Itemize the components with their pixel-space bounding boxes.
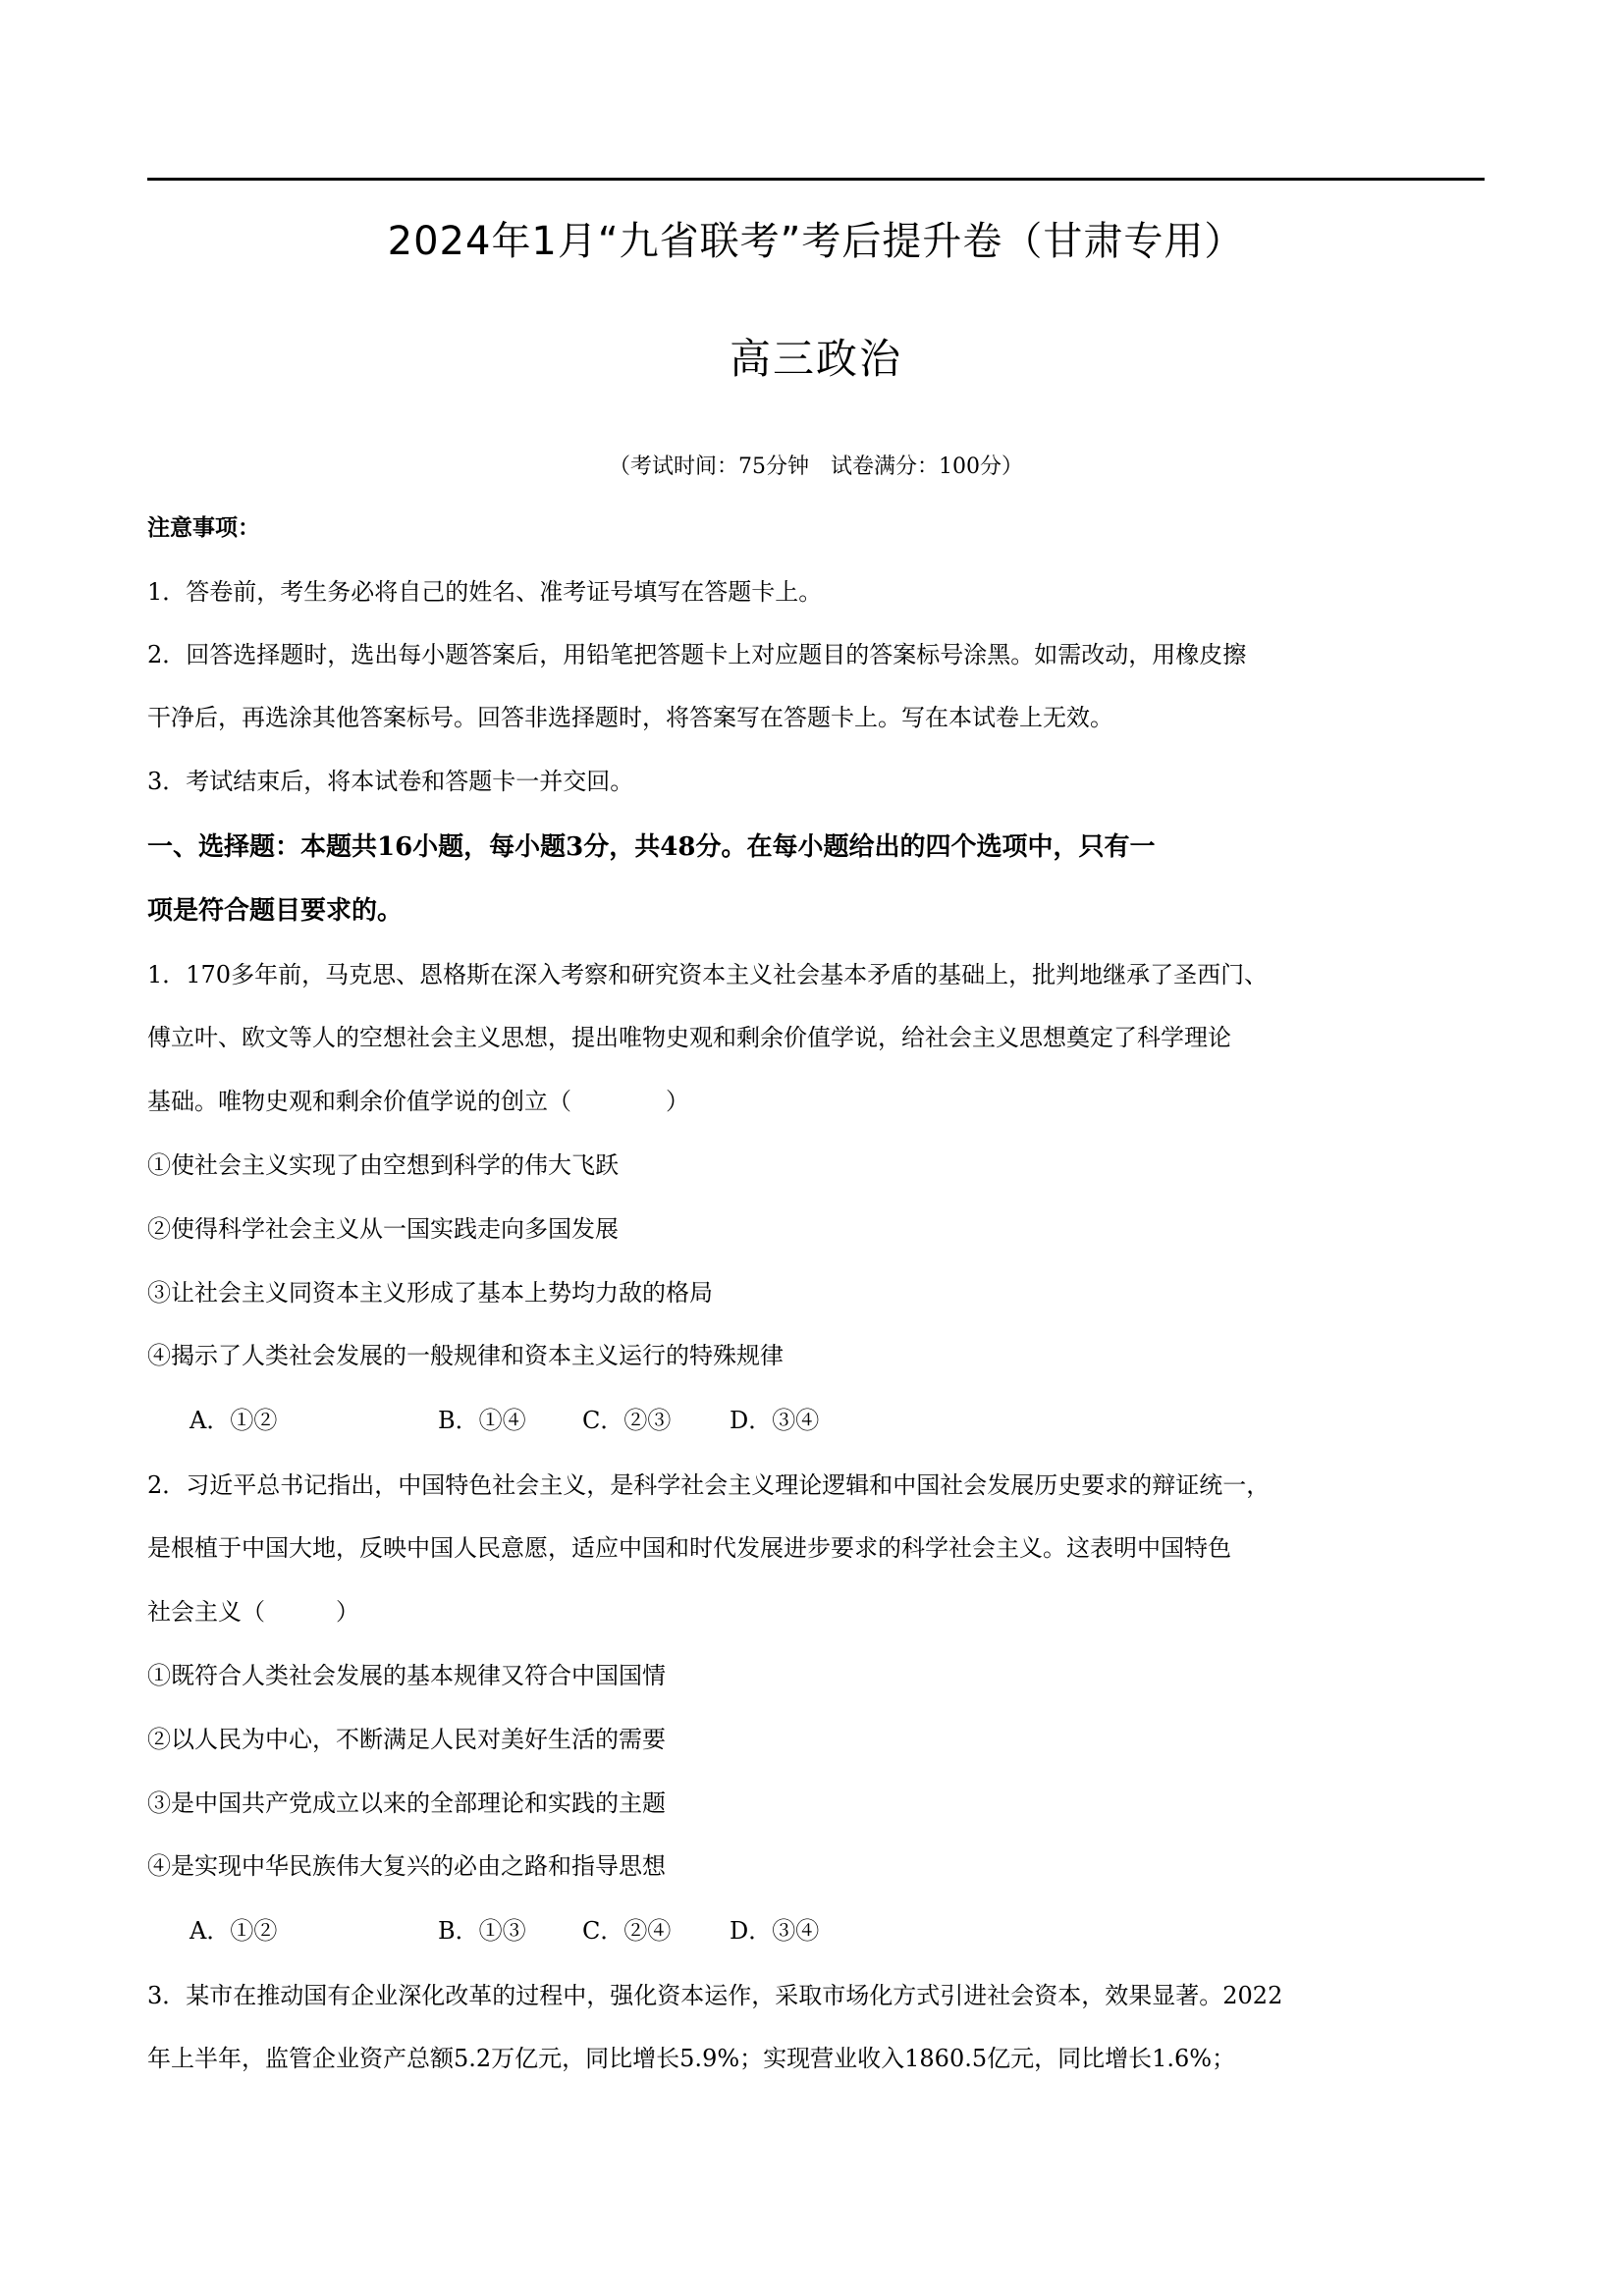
note-item: 2．回答选择题时，选出每小题答案后，用铅笔把答题卡上对应题目的答案标号涂黑。如需… — [147, 638, 1485, 671]
option-d: D．③④ — [730, 1404, 819, 1437]
question-1-statement: ③让社会主义同资本主义形成了基本上势均力敌的格局 — [147, 1276, 1485, 1309]
section-heading: 项是符合题目要求的。 — [147, 894, 1485, 928]
question-2-options: A．①② B．①③ C．②④ D．③④ — [147, 1914, 1485, 1948]
question-1-statement: ④揭示了人类社会发展的一般规律和资本主义运行的特殊规律 — [147, 1339, 1485, 1372]
question-2-stem: 社会主义（ ） — [147, 1595, 1485, 1629]
question-2-stem: 是根植于中国大地，反映中国人民意愿，适应中国和时代发展进步要求的科学社会主义。这… — [147, 1531, 1485, 1565]
question-1-stem: 1．170多年前，马克思、恩格斯在深入考察和研究资本主义社会基本矛盾的基础上，批… — [147, 958, 1485, 991]
note-item: 干净后，再选涂其他答案标号。回答非选择题时，将答案写在答题卡上。写在本试卷上无效… — [147, 701, 1485, 734]
option-a: A．①② — [189, 1914, 277, 1948]
question-3-stem: 3．某市在推动国有企业深化改革的过程中，强化资本运作，采取市场化方式引进社会资本… — [147, 1979, 1485, 2012]
exam-subject: 高三政治 — [147, 332, 1485, 387]
header-rule — [147, 178, 1485, 181]
question-1-options: A．①② B．①④ C．②③ D．③④ — [147, 1404, 1485, 1437]
question-1-stem: 傅立叶、欧文等人的空想社会主义思想，提出唯物史观和剩余价值学说，给社会主义思想奠… — [147, 1021, 1485, 1054]
question-1-statement: ①使社会主义实现了由空想到科学的伟大飞跃 — [147, 1148, 1485, 1182]
question-2-stem: 2．习近平总书记指出，中国特色社会主义，是科学社会主义理论逻辑和中国社会发展历史… — [147, 1468, 1485, 1502]
question-2-statement: ②以人民为中心，不断满足人民对美好生活的需要 — [147, 1723, 1485, 1756]
question-2-statement: ①既符合人类社会发展的基本规律又符合中国国情 — [147, 1659, 1485, 1692]
question-1-stem: 基础。唯物史观和剩余价值学说的创立（ ） — [147, 1085, 1485, 1118]
exam-title: 2024年1月“九省联考”考后提升卷（甘肃专用） — [147, 214, 1485, 269]
question-1-statement: ②使得科学社会主义从一国实践走向多国发展 — [147, 1212, 1485, 1246]
note-item: 1．答卷前，考生务必将自己的姓名、准考证号填写在答题卡上。 — [147, 575, 1485, 609]
option-b: B．①④ — [438, 1404, 526, 1437]
note-item: 3．考试结束后，将本试卷和答题卡一并交回。 — [147, 765, 1485, 798]
section-heading: 一、选择题：本题共16小题，每小题3分，共48分。在每小题给出的四个选项中，只有… — [147, 830, 1485, 864]
exam-info: （考试时间：75分钟 试卷满分：100分） — [147, 452, 1485, 483]
notes-heading: 注意事项： — [147, 511, 1485, 545]
option-c: C．②③ — [582, 1404, 671, 1437]
question-3-stem: 年上半年，监管企业资产总额5.2万亿元，同比增长5.9%；实现营业收入1860.… — [147, 2042, 1485, 2075]
option-b: B．①③ — [438, 1914, 526, 1948]
question-2-statement: ④是实现中华民族伟大复兴的必由之路和指导思想 — [147, 1849, 1485, 1883]
option-d: D．③④ — [730, 1914, 819, 1948]
question-2-statement: ③是中国共产党成立以来的全部理论和实践的主题 — [147, 1787, 1485, 1820]
option-c: C．②④ — [582, 1914, 671, 1948]
option-a: A．①② — [189, 1404, 277, 1437]
